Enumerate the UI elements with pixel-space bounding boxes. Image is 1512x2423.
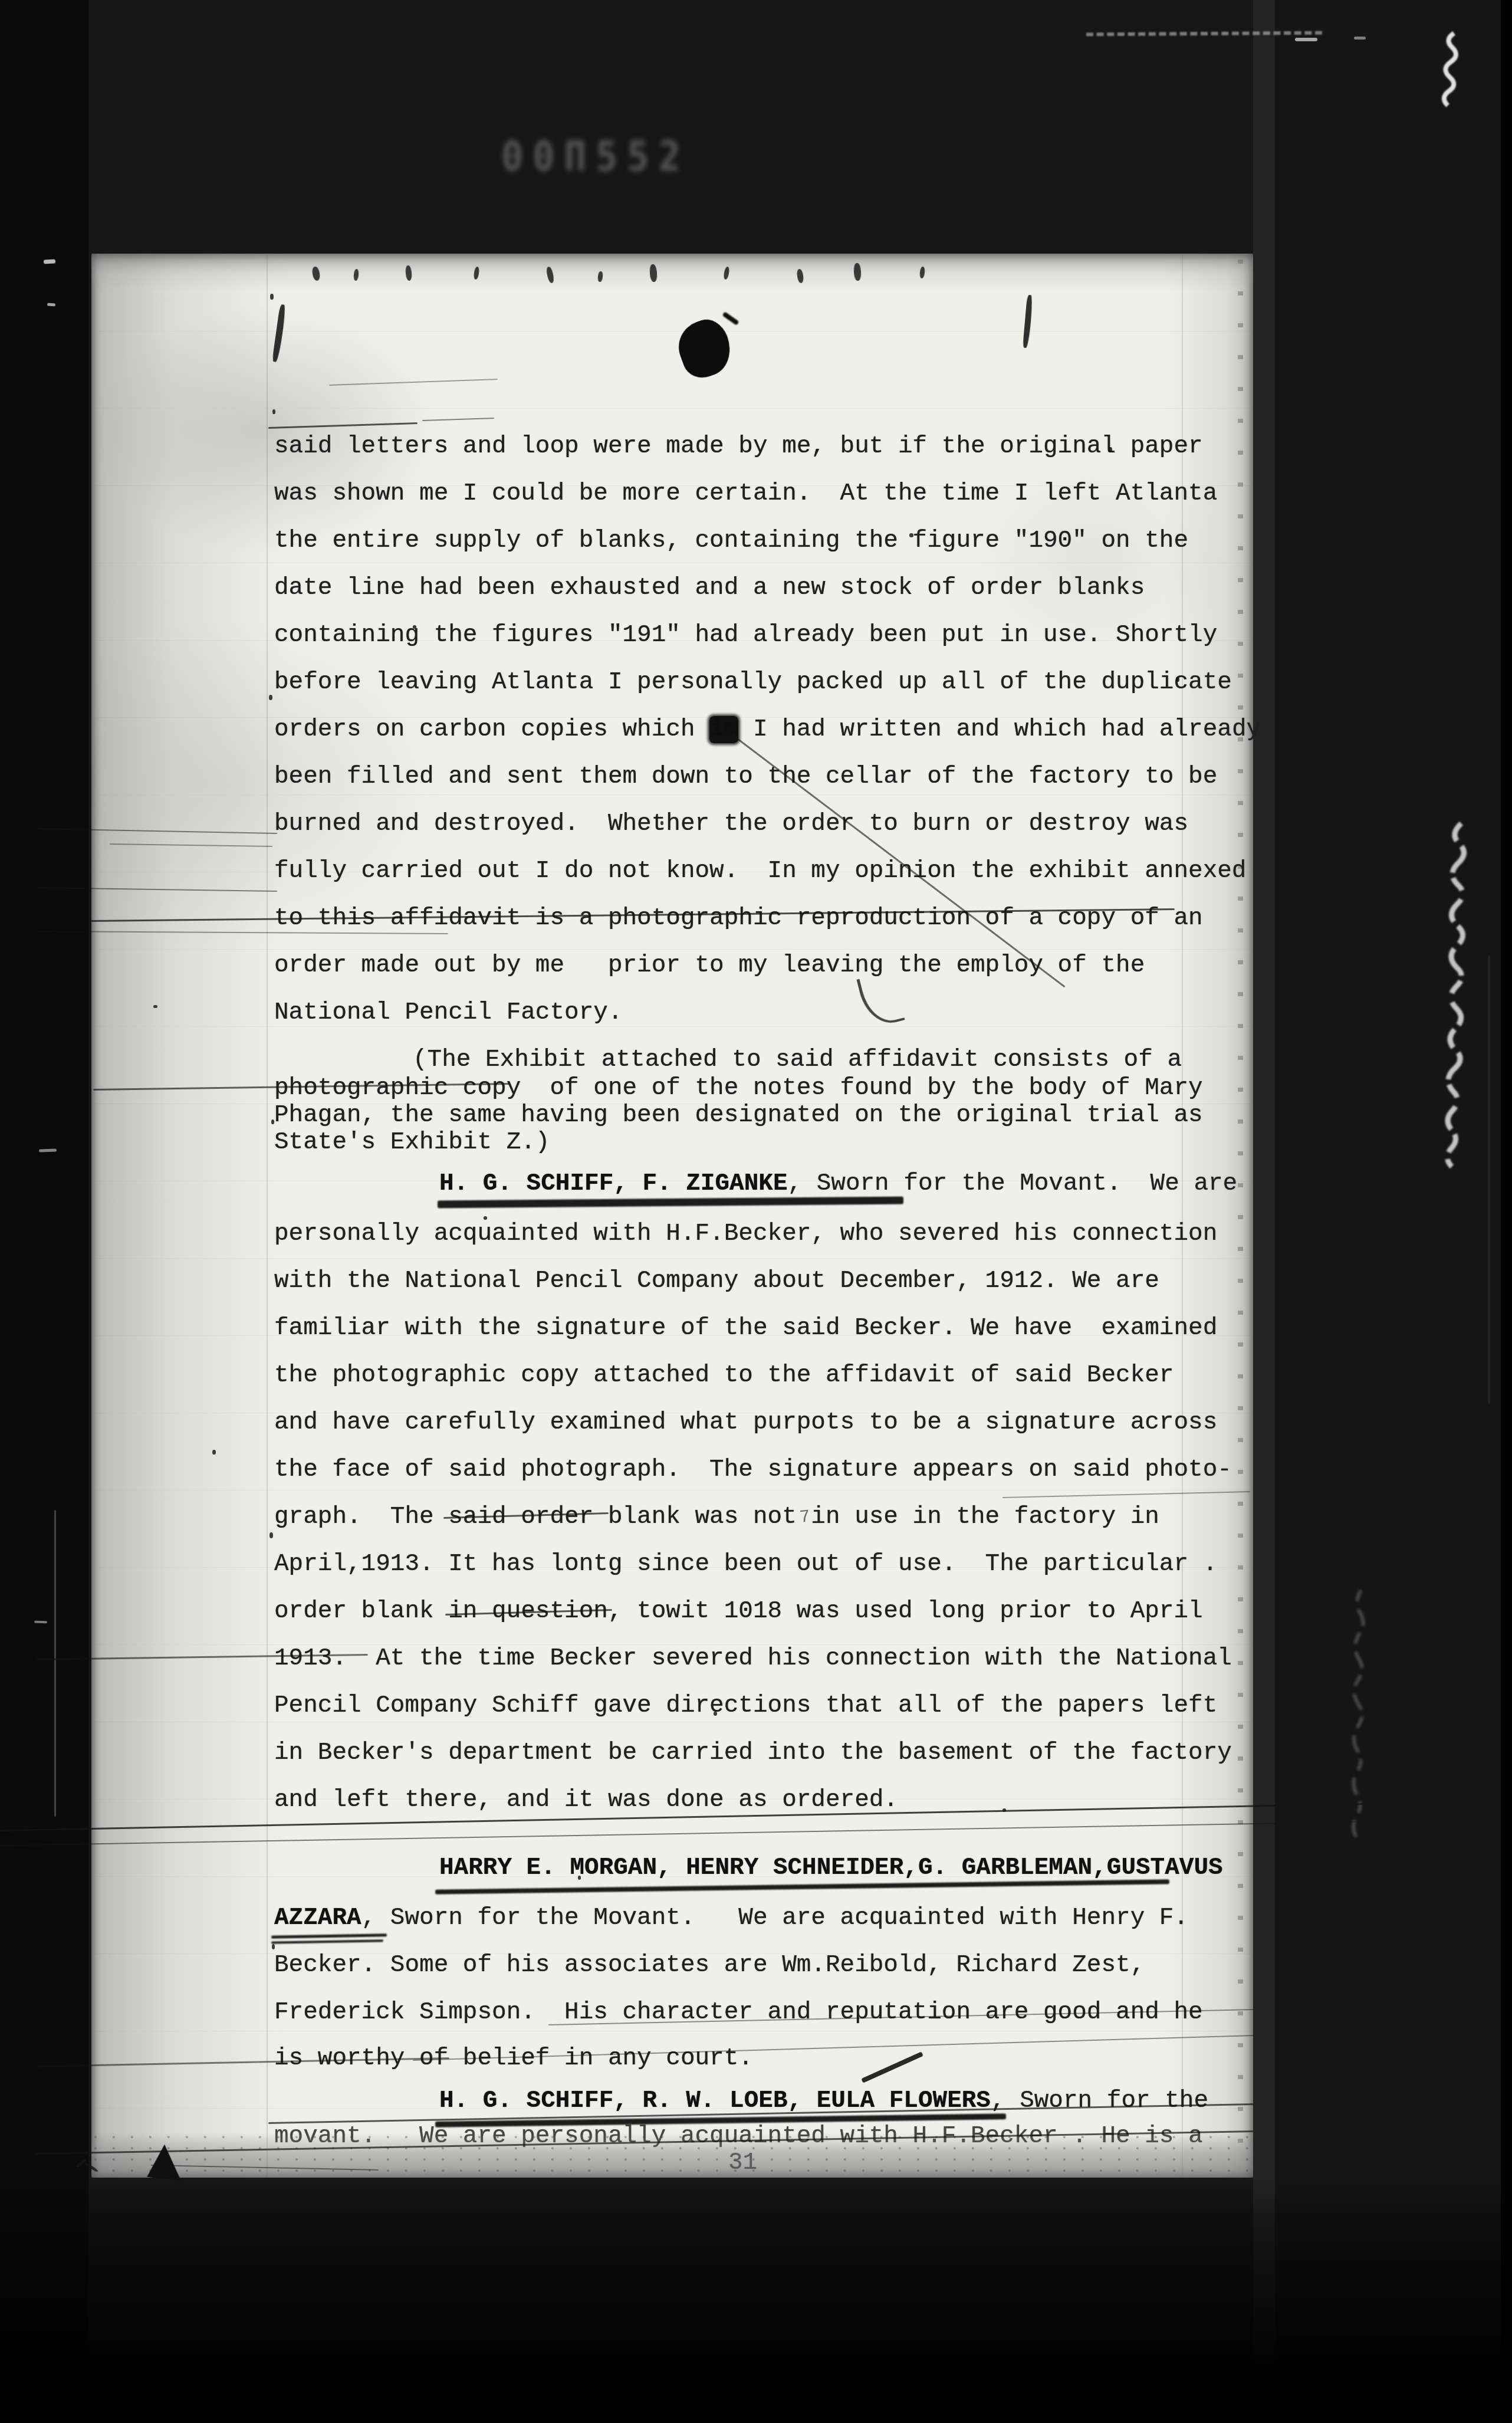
film-frame-stamp: 00Π552 xyxy=(501,132,690,180)
text-line: HARRY E. MORGAN, HENRY SCHNEIDER,G. GARB… xyxy=(439,1855,1223,1882)
text-segment: order blank in question, towit 1018 was … xyxy=(274,1598,1203,1625)
text-segment: fully carried out I do not know. In my o… xyxy=(274,858,1246,885)
film-edge-writing-lower xyxy=(1346,1587,1375,1858)
text-line: (The Exhibit attached to said affidavit … xyxy=(413,1047,1182,1074)
text-line: Phagan, the same having been designated … xyxy=(274,1102,1203,1130)
text-segment: in Becker's department be carried into t… xyxy=(274,1739,1232,1767)
ink-speck xyxy=(153,1005,157,1008)
page-right-edge-specks xyxy=(1238,260,1243,2171)
film-speck xyxy=(39,1148,57,1152)
text-segment: orders on carbon copies which xyxy=(274,716,709,743)
text-segment: the face of said photograph. The signatu… xyxy=(274,1456,1232,1483)
ink-speck xyxy=(484,1216,487,1220)
text-segment: date line had been exhausted and a new s… xyxy=(274,574,1145,602)
overstruck-word: im xyxy=(709,716,738,743)
text-line: State's Exhibit Z.) xyxy=(274,1130,550,1157)
text-segment: burned and destroyed. Whether the order … xyxy=(274,810,1188,838)
ink-speck xyxy=(270,294,274,300)
text-segment: is worthy of belief in any court. xyxy=(274,2045,753,2072)
text-segment: been filled and sent them down to the ce… xyxy=(274,763,1217,790)
text-line: in Becker's department be carried into t… xyxy=(274,1740,1232,1767)
text-segment: April,1913. It has lontg since been out … xyxy=(274,1551,1217,1578)
text-line: the entire supply of blanks, containing … xyxy=(274,528,1188,555)
text-line: burned and destroyed. Whether the order … xyxy=(274,811,1188,838)
film-speck xyxy=(1295,38,1317,41)
text-line: with the National Pencil Company about D… xyxy=(274,1268,1159,1295)
text-line: National Pencil Factory. xyxy=(274,1000,623,1027)
text-line: fully carried out I do not know. In my o… xyxy=(274,858,1246,885)
page-bottom-smudge xyxy=(91,2133,1253,2178)
text-segment: State's Exhibit Z.) xyxy=(274,1129,550,1156)
text-segment: was shown me I could be more certain. At… xyxy=(274,480,1217,507)
film-speck xyxy=(44,259,55,264)
text-segment: I had written and which had already xyxy=(738,716,1261,743)
film-speck xyxy=(1354,37,1366,40)
text-line: was shown me I could be more certain. At… xyxy=(274,481,1217,508)
text-line: Pencil Company Schiff gave directions th… xyxy=(274,1693,1217,1720)
page-bottom-tear xyxy=(147,2143,185,2181)
text-segment: and left there, and it was done as order… xyxy=(274,1787,898,1814)
text-line: personally acquainted with H.F.Becker, w… xyxy=(274,1221,1217,1248)
text-segment: order made out by me prior to my leaving… xyxy=(274,952,1145,979)
witness-names: H. G. SCHIFF, F. ZIGANKE xyxy=(439,1170,788,1197)
ink-speck xyxy=(578,1876,581,1880)
text-line: April,1913. It has lontg since been out … xyxy=(274,1551,1217,1578)
ink-speck xyxy=(269,695,272,700)
ink-speck xyxy=(212,1450,216,1455)
film-edge-writing-middle xyxy=(1437,819,1484,1196)
text-segment: personally acquainted with H.F.Becker, w… xyxy=(274,1220,1217,1247)
text-segment: the entire supply of blanks, containing … xyxy=(274,527,1188,554)
text-segment: the photographic copy attached to the af… xyxy=(274,1362,1174,1389)
film-vertical-scratch xyxy=(1488,956,1490,1404)
text-line: orders on carbon copies which im I had w… xyxy=(274,717,1261,744)
microfilm-scan: 00Π552 7 said letters and loop were made… xyxy=(0,0,1512,2423)
ink-speck xyxy=(1002,1808,1006,1812)
text-line: date line had been exhausted and a new s… xyxy=(274,575,1145,602)
text-segment: said letters and loop were made by me, b… xyxy=(274,433,1203,460)
film-dashed-scratch xyxy=(1086,31,1322,37)
text-line: been filled and sent them down to the ce… xyxy=(274,764,1217,791)
text-segment: National Pencil Factory. xyxy=(274,999,623,1026)
text-line: Becker. Some of his associates are Wm.Re… xyxy=(274,1952,1145,1979)
text-segment: Becker. Some of his associates are Wm.Re… xyxy=(274,1952,1145,1979)
ink-speck xyxy=(272,1944,275,1949)
page-top-shading xyxy=(91,254,1253,290)
text-line: and have carefully examined what purpots… xyxy=(274,1410,1217,1437)
ink-speck xyxy=(269,1532,273,1538)
text-segment: with the National Pencil Company about D… xyxy=(274,1268,1159,1295)
text-segment: Phagan, the same having been designated … xyxy=(274,1102,1203,1129)
ink-speck xyxy=(413,625,416,629)
stray-caret-mark: 7 xyxy=(798,1507,811,1528)
text-segment: 1913. At the time Becker severed his con… xyxy=(274,1645,1232,1672)
film-edge-writing-top xyxy=(1427,28,1473,119)
text-segment: , Sworn for the Movant. We are acquainte… xyxy=(361,1905,1188,1932)
text-segment: graph. The said order blank was not in u… xyxy=(274,1503,1159,1531)
text-segment: familiar with the signature of the said … xyxy=(274,1315,1217,1342)
text-segment: (The Exhibit attached to said affidavit … xyxy=(413,1046,1182,1073)
ink-speck xyxy=(271,1119,274,1124)
page-fold-left xyxy=(267,255,268,2176)
text-segment: , Sworn for the Movant. We are xyxy=(788,1170,1238,1197)
text-line: order made out by me prior to my leaving… xyxy=(274,953,1145,980)
film-speck xyxy=(34,1621,47,1624)
text-line: 1913. At the time Becker severed his con… xyxy=(274,1646,1232,1673)
text-line: said letters and loop were made by me, b… xyxy=(274,434,1203,461)
text-line: the face of said photograph. The signatu… xyxy=(274,1457,1232,1484)
text-line: familiar with the signature of the said … xyxy=(274,1315,1217,1342)
text-line: AZZARA, Sworn for the Movant. We are acq… xyxy=(274,1905,1188,1932)
ink-speck xyxy=(660,821,663,825)
text-segment: and have carefully examined what purpots… xyxy=(274,1409,1217,1436)
text-line: order blank in question, towit 1018 was … xyxy=(274,1598,1203,1626)
text-segment: photographic copy of one of the notes fo… xyxy=(274,1075,1203,1102)
witness-names: HARRY E. MORGAN, HENRY SCHNEIDER,G. GARB… xyxy=(439,1854,1223,1882)
text-segment: , Sworn for the xyxy=(991,2087,1208,2115)
text-line: the photographic copy attached to the af… xyxy=(274,1362,1174,1390)
ink-speck xyxy=(909,533,913,537)
film-speck xyxy=(54,1510,56,1817)
ink-speck xyxy=(979,1332,983,1335)
film-speck xyxy=(47,303,55,307)
text-line: graph. The said order blank was not in u… xyxy=(274,1504,1159,1531)
text-line: before leaving Atlanta I personally pack… xyxy=(274,669,1232,697)
ink-speck xyxy=(1109,447,1112,452)
text-segment: before leaving Atlanta I personally pack… xyxy=(274,669,1232,696)
ink-speck xyxy=(272,409,275,414)
ink-speck xyxy=(714,1712,717,1716)
ink-speck xyxy=(1176,677,1179,682)
text-line: and left there, and it was done as order… xyxy=(274,1787,898,1814)
text-line: H. G. SCHIFF, F. ZIGANKE, Sworn for the … xyxy=(439,1171,1237,1198)
text-segment: Pencil Company Schiff gave directions th… xyxy=(274,1692,1217,1719)
text-line: photographic copy of one of the notes fo… xyxy=(274,1075,1203,1102)
witness-names: AZZARA xyxy=(274,1905,361,1932)
